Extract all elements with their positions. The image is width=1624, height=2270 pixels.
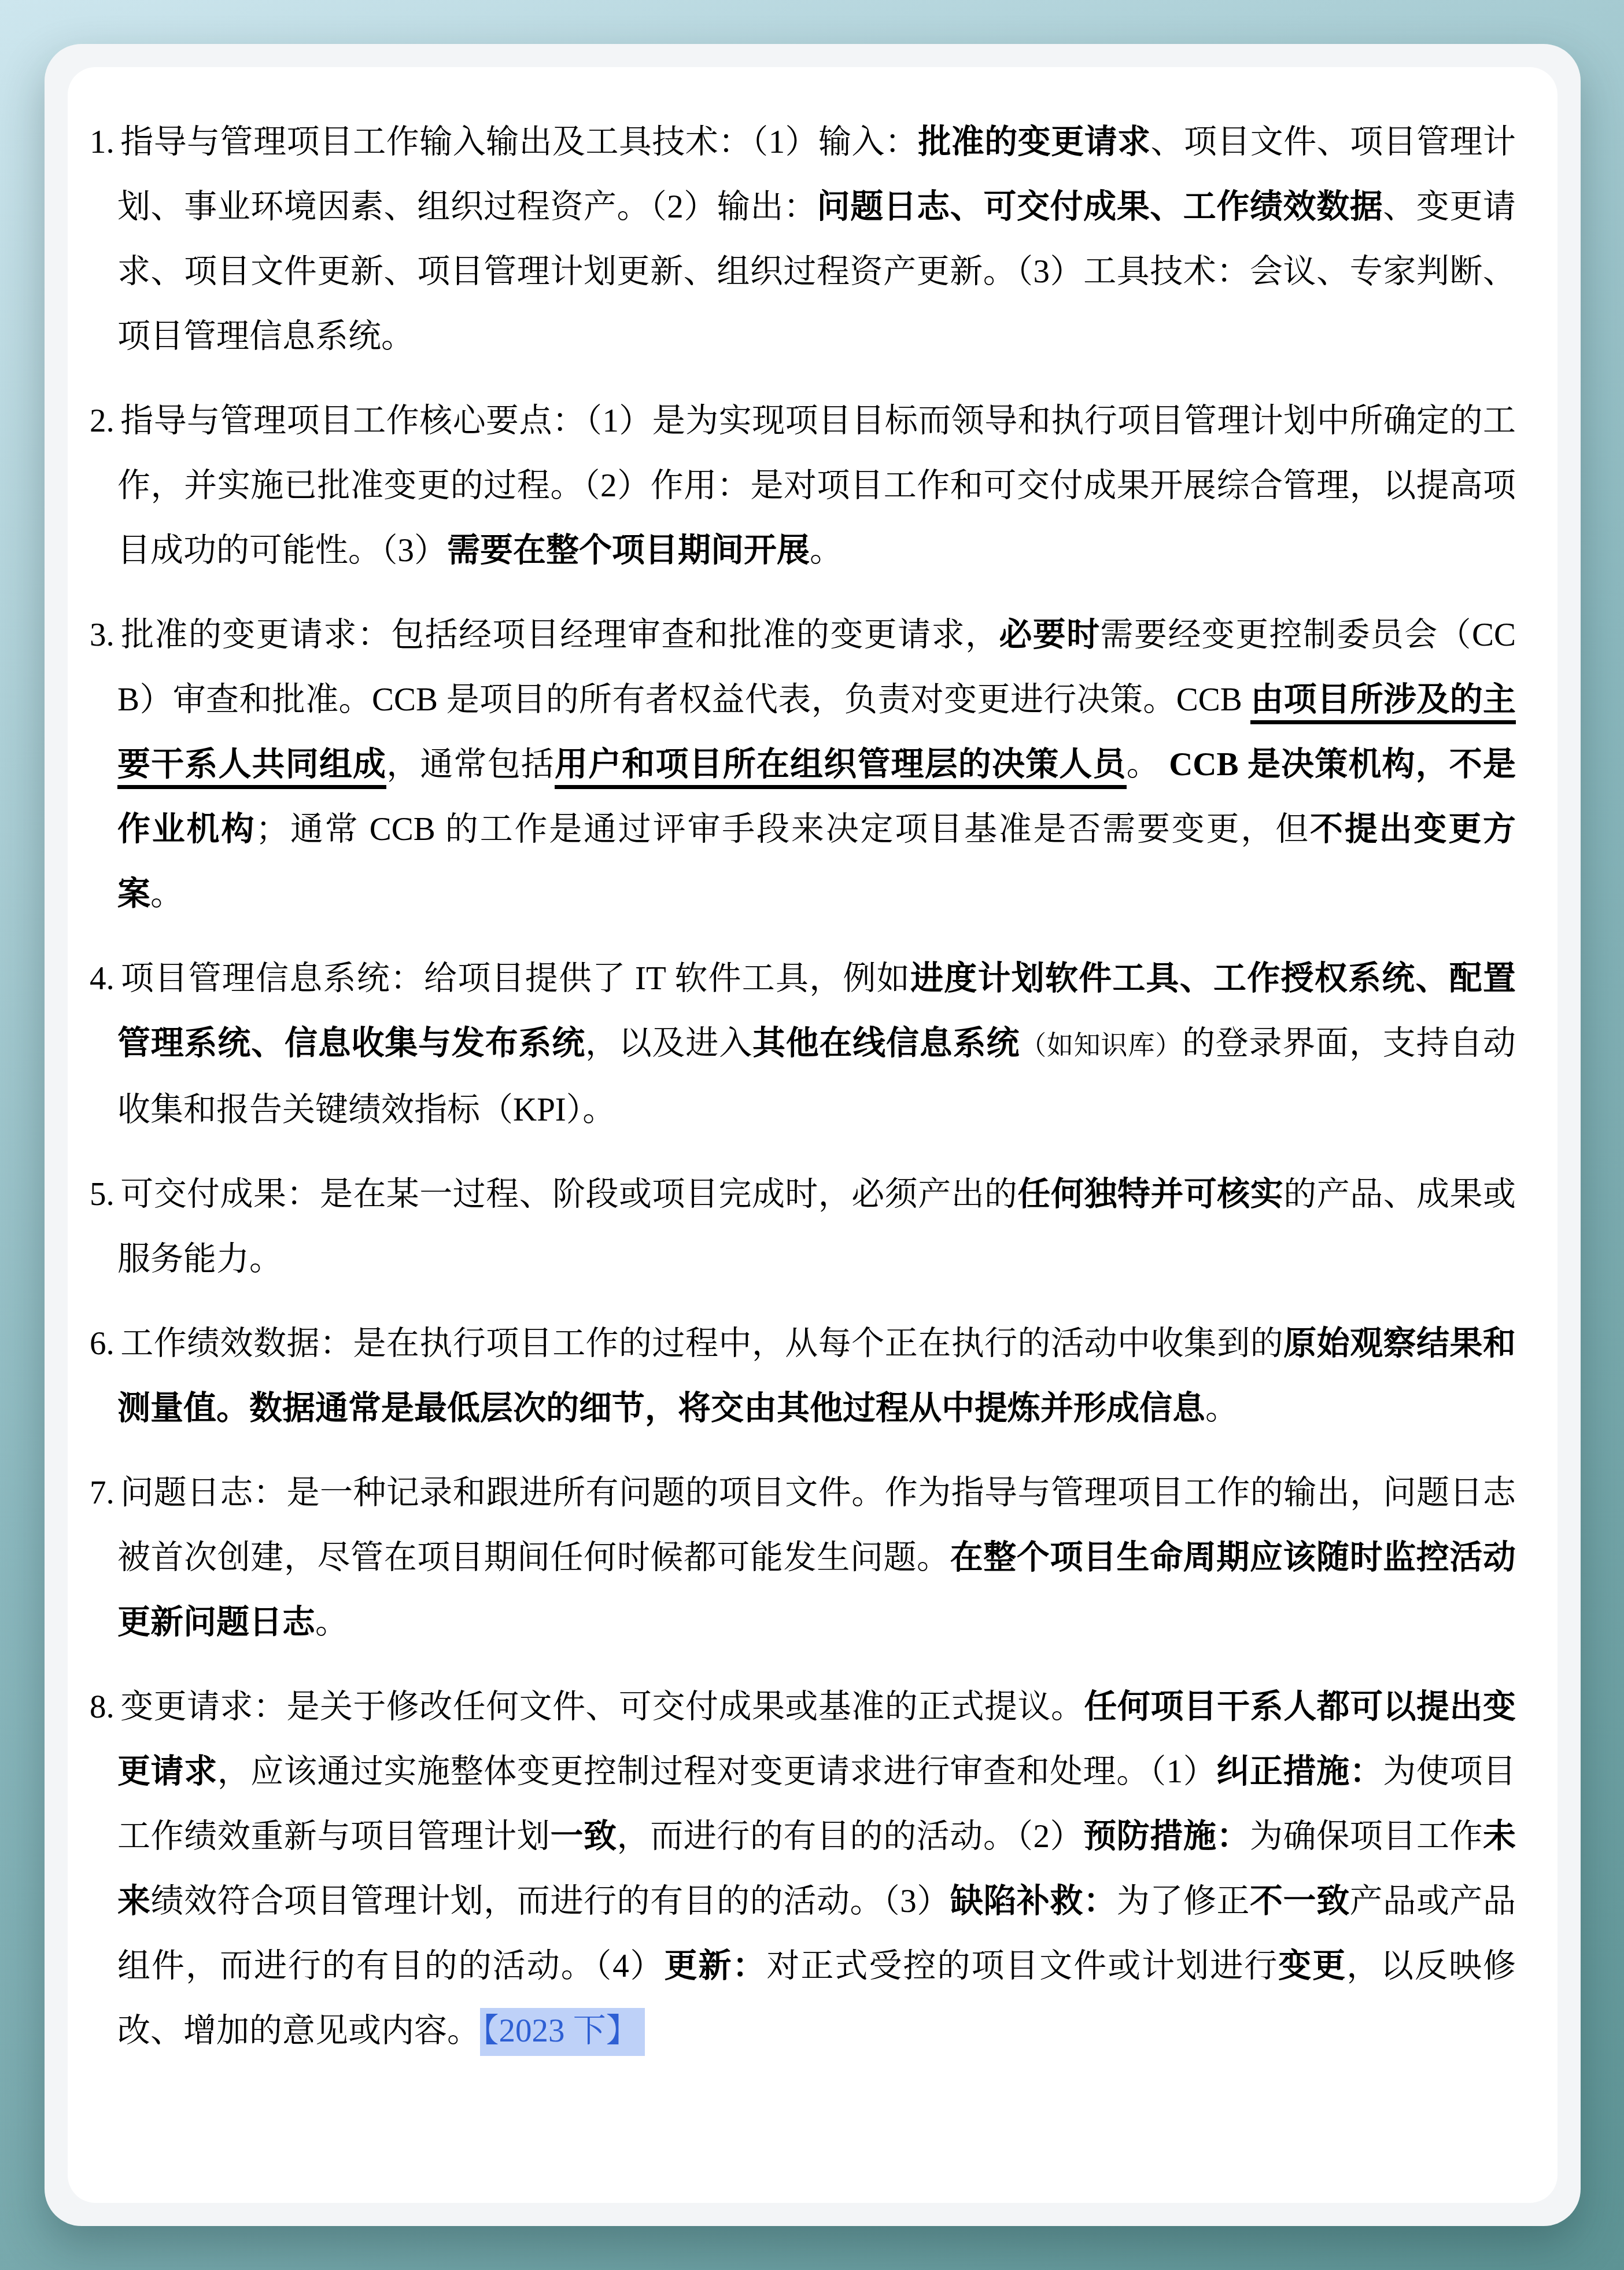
bold-text: 任何独特并可核实	[1018, 1176, 1284, 1213]
text-run: 。	[1205, 1390, 1238, 1427]
page-background: { "theme": { "bg-top": "#cde6ee", "bg-mi…	[0, 0, 1624, 2270]
text-run: ，通常包括	[386, 746, 555, 783]
text-run: 。	[810, 532, 843, 569]
bold-text: 更新：	[665, 1948, 767, 1984]
list-item: 3.批准的变更请求：包括经项目经理审查和批准的变更请求，必要时需要经变更控制委员…	[117, 603, 1516, 927]
bold-text: 其他在线信息系统	[752, 1025, 1020, 1062]
text-run: 对正式受控的项目文件或计划进行	[767, 1948, 1279, 1984]
bold-text: 批准的变更请求	[918, 124, 1150, 160]
text-run: 为了修正	[1117, 1883, 1250, 1919]
bold-text: 纠正措施：	[1216, 1753, 1383, 1790]
list-item: 7.问题日志：是一种记录和跟进所有问题的项目文件。作为指导与管理项目工作的输出，…	[117, 1461, 1516, 1655]
bold-text: 不一致	[1250, 1883, 1350, 1919]
bold-text: 问题日志、可交付成果、工作绩效数据	[817, 189, 1383, 225]
list-item: 5.可交付成果：是在某一过程、阶段或项目完成时，必须产出的任何独特并可核实的产品…	[117, 1162, 1516, 1292]
text-run: 为确保项目工作	[1250, 1818, 1483, 1855]
item-number: 2.	[90, 403, 120, 439]
list-item: 2.指导与管理项目工作核心要点：（1）是为实现项目目标而领导和执行项目管理计划中…	[117, 389, 1516, 583]
bold-text: 预防措施：	[1083, 1818, 1250, 1855]
list-item: 8.变更请求：是关于修改任何文件、可交付成果或基准的正式提议。任何项目干系人都可…	[117, 1675, 1516, 2063]
list-item: 4.项目管理信息系统：给项目提供了 IT 软件工具，例如进度计划软件工具、工作授…	[117, 946, 1516, 1143]
bold-text: 一致	[550, 1818, 617, 1855]
text-run: ，应该通过实施整体变更控制过程对变更请求进行审查和处理。（1）	[217, 1753, 1217, 1790]
text-run: 。	[315, 1604, 348, 1641]
text-run: 。	[1127, 746, 1169, 783]
list-item: 6.工作绩效数据：是在执行项目工作的过程中，从每个正在执行的活动中收集到的原始观…	[117, 1311, 1516, 1441]
bold-text: 需要在整个项目期间开展	[447, 532, 810, 569]
item-text: 工作绩效数据：是在执行项目工作的过程中，从每个正在执行的活动中收集到的原始观察结…	[117, 1325, 1516, 1427]
text-run: 项目管理信息系统：给项目提供了 IT 软件工具，例如	[120, 960, 910, 997]
text-run: 指导与管理项目工作输入输出及工具技术：（1）输入：	[120, 124, 918, 160]
note-card: 1.指导与管理项目工作输入输出及工具技术：（1）输入：批准的变更请求、项目文件、…	[68, 67, 1557, 2203]
item-text: 问题日志：是一种记录和跟进所有问题的项目文件。作为指导与管理项目工作的输出，问题…	[117, 1475, 1516, 1641]
item-number: 7.	[90, 1475, 120, 1511]
item-text: 可交付成果：是在某一过程、阶段或项目完成时，必须产出的任何独特并可核实的产品、成…	[117, 1176, 1516, 1277]
item-text: 指导与管理项目工作输入输出及工具技术：（1）输入：批准的变更请求、项目文件、项目…	[117, 124, 1516, 355]
item-number: 3.	[90, 617, 120, 653]
item-text: 项目管理信息系统：给项目提供了 IT 软件工具，例如进度计划软件工具、工作授权系…	[117, 960, 1516, 1128]
text-run: 绩效符合项目管理计划，而进行的有目的的活动。（3）	[151, 1883, 950, 1919]
notes-list: 1.指导与管理项目工作输入输出及工具技术：（1）输入：批准的变更请求、项目文件、…	[68, 67, 1557, 2098]
item-number: 6.	[90, 1325, 120, 1362]
list-item: 1.指导与管理项目工作输入输出及工具技术：（1）输入：批准的变更请求、项目文件、…	[117, 110, 1516, 369]
text-run: ，以及进入	[585, 1025, 752, 1062]
item-number: 1.	[90, 124, 120, 160]
bold-text: 缺陷补救：	[950, 1883, 1117, 1919]
item-text: 批准的变更请求：包括经项目经理审查和批准的变更请求，必要时需要经变更控制委员会（…	[117, 617, 1516, 912]
text-run: 。	[150, 876, 183, 912]
text-run: ；通常 CCB 的工作是通过评审手段来决定项目基准是否需要变更，但	[256, 811, 1310, 847]
bold-text: 必要时	[999, 617, 1100, 653]
underlined-text: 用户和项目所在组织管理层的决策人员	[555, 746, 1127, 789]
text-run: 可交付成果：是在某一过程、阶段或项目完成时，必须产出的	[120, 1176, 1018, 1213]
text-run: ，而进行的有目的的活动。（2）	[617, 1818, 1084, 1855]
text-run: 批准的变更请求：包括经项目经理审查和批准的变更请求，	[120, 617, 999, 653]
exam-tag: 【2023 下】	[480, 2008, 645, 2056]
item-number: 8.	[90, 1689, 120, 1725]
item-text: 指导与管理项目工作核心要点：（1）是为实现项目目标而领导和执行项目管理计划中所确…	[117, 403, 1516, 569]
note-card-outer: 1.指导与管理项目工作输入输出及工具技术：（1）输入：批准的变更请求、项目文件、…	[45, 44, 1581, 2226]
item-number: 5.	[90, 1176, 120, 1213]
text-run: 变更请求：是关于修改任何文件、可交付成果或基准的正式提议。	[120, 1689, 1084, 1725]
item-text: 变更请求：是关于修改任何文件、可交付成果或基准的正式提议。任何项目干系人都可以提…	[117, 1689, 1516, 2056]
item-number: 4.	[90, 960, 120, 997]
text-run: 工作绩效数据：是在执行项目工作的过程中，从每个正在执行的活动中收集到的	[120, 1325, 1284, 1362]
bold-text: 变更	[1278, 1948, 1346, 1984]
text-run: （如知识库）	[1020, 1030, 1182, 1060]
